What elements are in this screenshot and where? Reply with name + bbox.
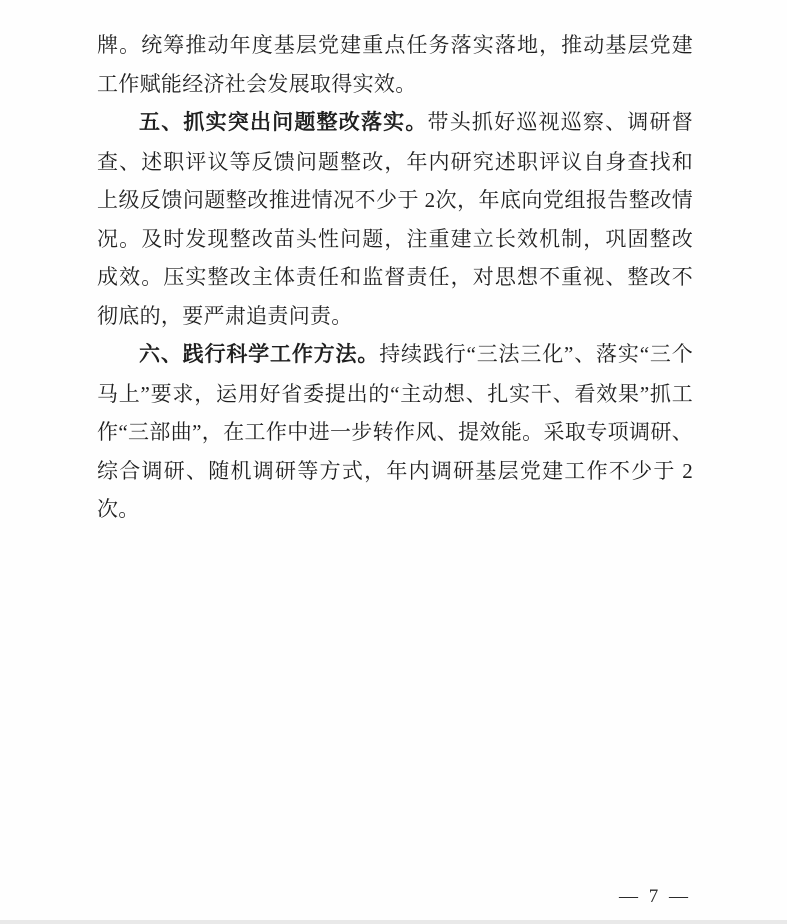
scan-edge-artifact — [0, 920, 787, 924]
page-footer: — 7 — — [619, 886, 691, 908]
paragraph-heading: 六、践行科学工作方法。 — [139, 343, 379, 366]
paragraph-heading: 五、抓实突出问题整改落实。 — [139, 111, 428, 134]
document-body: 牌。统筹推动年度基层党建重点任务落实落地，推动基层党建工作赋能经济社会发展取得实… — [97, 26, 693, 529]
paragraph: 五、抓实突出问题整改落实。带头抓好巡视巡察、调研督查、述职评议等反馈问题整改，年… — [97, 103, 693, 335]
scanned-document-page: 牌。统筹推动年度基层党建重点任务落实落地，推动基层党建工作赋能经济社会发展取得实… — [0, 0, 787, 924]
paragraph-text: 持续践行“三法三化”、落实“三个马上”要求，运用好省委提出的“主动想、扎实干、看… — [97, 342, 693, 521]
paragraph: 牌。统筹推动年度基层党建重点任务落实落地，推动基层党建工作赋能经济社会发展取得实… — [97, 26, 693, 103]
paragraph: 六、践行科学工作方法。持续践行“三法三化”、落实“三个马上”要求，运用好省委提出… — [97, 335, 693, 529]
page-number: — 7 — — [619, 886, 691, 907]
paragraph-text: 牌。统筹推动年度基层党建重点任务落实落地，推动基层党建工作赋能经济社会发展取得实… — [97, 33, 693, 96]
paragraph-text: 带头抓好巡视巡察、调研督查、述职评议等反馈问题整改，年内研究述职评议自身查找和上… — [97, 110, 693, 328]
